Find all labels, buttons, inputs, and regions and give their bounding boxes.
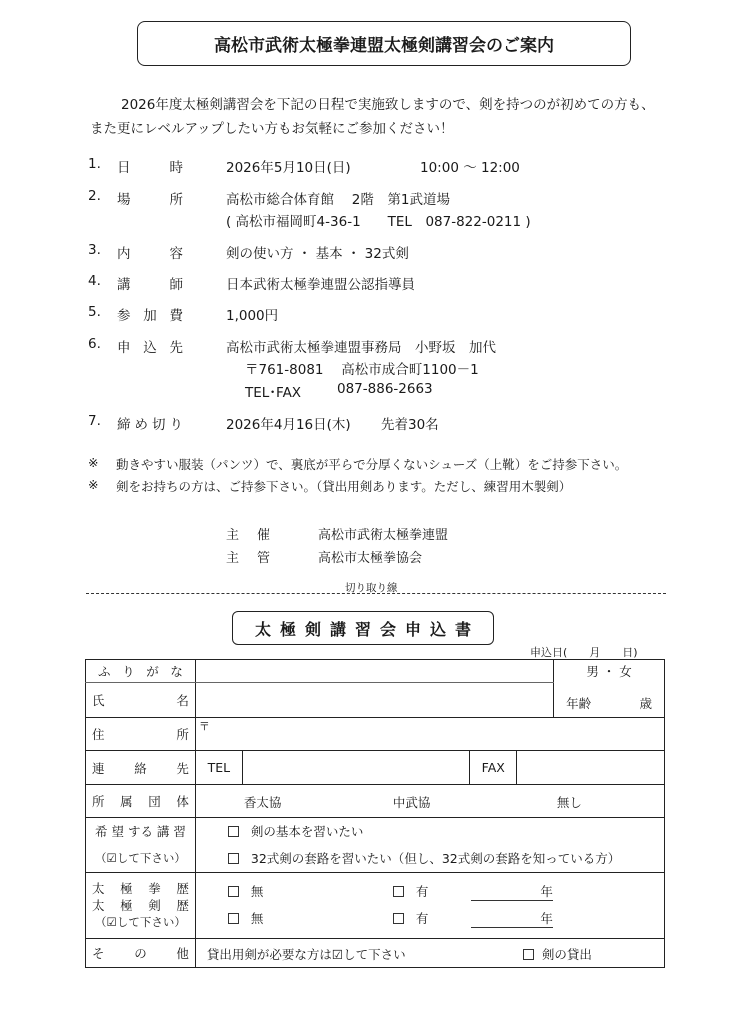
age-label: 年齢 (566, 694, 591, 712)
affiliation-option-chubukyo[interactable]: 中武協 (393, 793, 431, 811)
item-2-label: 場所 (117, 188, 183, 208)
host-name: 高松市武術太極拳連盟 (318, 524, 448, 543)
item-7-label: 締め切り (117, 413, 183, 433)
item-6-tel-value: 087-886-2663 (337, 381, 433, 397)
application-date-label: 申込日( 月 日) (530, 644, 638, 660)
organizer-name: 高松市太極拳協会 (318, 547, 422, 566)
taichi-fist-yes[interactable]: 有 (393, 882, 429, 900)
item-7-capacity: 先着30名 (381, 413, 439, 433)
fax-input[interactable] (517, 751, 665, 785)
taichi-fist-none[interactable]: 無 (228, 882, 264, 900)
item-4-label: 講師 (117, 273, 183, 293)
postal-mark: 〒 (199, 720, 210, 733)
note-1-text: 動きやすい服装（パンツ）で、裏底が平らで分厚くないシューズ（上靴）をご持参下さい… (116, 455, 627, 473)
checkbox-icon[interactable] (228, 826, 239, 837)
affiliation-option-kataikyo[interactable]: 香太協 (244, 793, 282, 811)
tel-label: TEL (195, 751, 242, 785)
furigana-label: ふりがな (86, 660, 196, 683)
lesson-option-basic[interactable]: 剣の基本を習いたい (228, 818, 664, 845)
affiliation-label: 所属団体 (86, 785, 196, 818)
checkbox-icon[interactable] (228, 913, 239, 924)
intro-line-1: 2026年度太極剣講習会を下記の日程で実施致しますので、剣を持つのが初めての方も… (121, 93, 655, 113)
checkbox-icon[interactable] (523, 949, 534, 960)
item-5-label: 参加費 (117, 304, 183, 324)
contact-label: 連絡先 (86, 751, 196, 785)
history-options: 無 有 年 無 有 年 (195, 873, 664, 939)
name-input[interactable] (195, 683, 553, 718)
age-unit: 歳 (639, 694, 652, 712)
item-1-label: 日時 (117, 156, 183, 176)
loan-instruction: 貸出用剣が必要な方は☑して下さい (207, 945, 406, 963)
note-1-mark: ※ (88, 455, 98, 470)
organizer-label: 主管 (226, 547, 270, 566)
page-title: 高松市武術太極拳連盟太極剣講習会のご案内 (214, 31, 554, 56)
lesson-label: 希 望 する 講 習 （☑して下さい） (86, 818, 196, 873)
item-3-number: 3. (88, 242, 101, 258)
item-1-time: 10:00 ～ 12:00 (420, 156, 520, 176)
item-2-number: 2. (88, 188, 101, 204)
cut-line (86, 593, 666, 594)
item-6-tel-label: TEL･FAX (245, 381, 301, 401)
item-6-contact-office: 高松市武術太極拳連盟事務局 小野坂 加代 (226, 336, 496, 356)
item-1-number: 1. (88, 156, 101, 172)
address-label: 住所 (86, 718, 196, 751)
form-title-box: 太極剣講習会申込書 (232, 611, 494, 645)
address-input[interactable]: 〒 (195, 718, 664, 751)
affiliation-option-none[interactable]: 無し (557, 793, 582, 811)
taichi-fist-years-input[interactable]: 年 (471, 882, 553, 901)
application-form-table: ふりがな 男 ・ 女 年齢 歳 氏名 住所 〒 連絡先 TEL FAX (85, 659, 665, 968)
item-1-date: 2026年5月10日(日) (226, 156, 351, 176)
checkbox-icon[interactable] (393, 886, 404, 897)
taichi-sword-none[interactable]: 無 (228, 909, 264, 927)
checkbox-icon[interactable] (228, 886, 239, 897)
item-5-number: 5. (88, 304, 101, 320)
item-7-deadline: 2026年4月16日(木) (226, 413, 351, 433)
item-6-postal-address: 〒761-8081 高松市成合町1100－1 (245, 358, 479, 378)
name-label: 氏名 (86, 683, 196, 718)
form-title: 太極剣講習会申込書 (246, 617, 480, 640)
fax-label: FAX (470, 751, 517, 785)
gender-age-cell: 男 ・ 女 年齢 歳 (554, 660, 665, 718)
item-6-number: 6. (88, 336, 101, 352)
page-title-box: 高松市武術太極拳連盟太極剣講習会のご案内 (137, 21, 631, 66)
lesson-option-32-form[interactable]: 32式剣の套路を習いたい（但し、32式剣の套路を知っている方） (228, 845, 664, 872)
history-label: 太極拳歴 太極剣歴 （☑して下さい） (86, 873, 196, 939)
note-2-text: 剣をお持ちの方は、ご持参下さい。（貸出用剣あります。ただし、練習用木製剣） (116, 477, 571, 495)
item-6-label: 申込先 (117, 336, 183, 356)
taichi-sword-years-input[interactable]: 年 (471, 909, 553, 928)
item-4-instructor: 日本武術太極拳連盟公認指導員 (226, 273, 415, 293)
lesson-options: 剣の基本を習いたい 32式剣の套路を習いたい（但し、32式剣の套路を知っている方… (195, 818, 664, 873)
checkbox-icon[interactable] (393, 913, 404, 924)
taichi-sword-yes[interactable]: 有 (393, 909, 429, 927)
item-2-venue: 高松市総合体育館 2階 第1武道場 (226, 188, 450, 208)
affiliation-options: 香太協 中武協 無し (195, 785, 664, 818)
item-7-number: 7. (88, 413, 101, 429)
gender-options[interactable]: 男 ・ 女 (554, 662, 664, 680)
other-options: 貸出用剣が必要な方は☑して下さい 剣の貸出 (195, 939, 664, 968)
item-3-content: 剣の使い方 ・ 基本 ・ 32式剣 (226, 242, 409, 262)
note-2-mark: ※ (88, 477, 98, 492)
host-label: 主催 (226, 524, 270, 543)
item-2-address: ( 高松市福岡町4-36-1 TEL 087-822-0211 ) (226, 210, 531, 230)
intro-line-2: また更にレベルアップしたい方もお気軽にご参加ください！ (90, 117, 454, 137)
item-5-fee: 1,000円 (226, 304, 278, 324)
item-3-label: 内容 (117, 242, 183, 262)
furigana-input[interactable] (195, 660, 553, 683)
item-4-number: 4. (88, 273, 101, 289)
tel-input[interactable] (242, 751, 469, 785)
checkbox-icon[interactable] (228, 853, 239, 864)
sword-loan-option[interactable]: 剣の貸出 (523, 945, 592, 963)
other-label: その他 (86, 939, 196, 968)
